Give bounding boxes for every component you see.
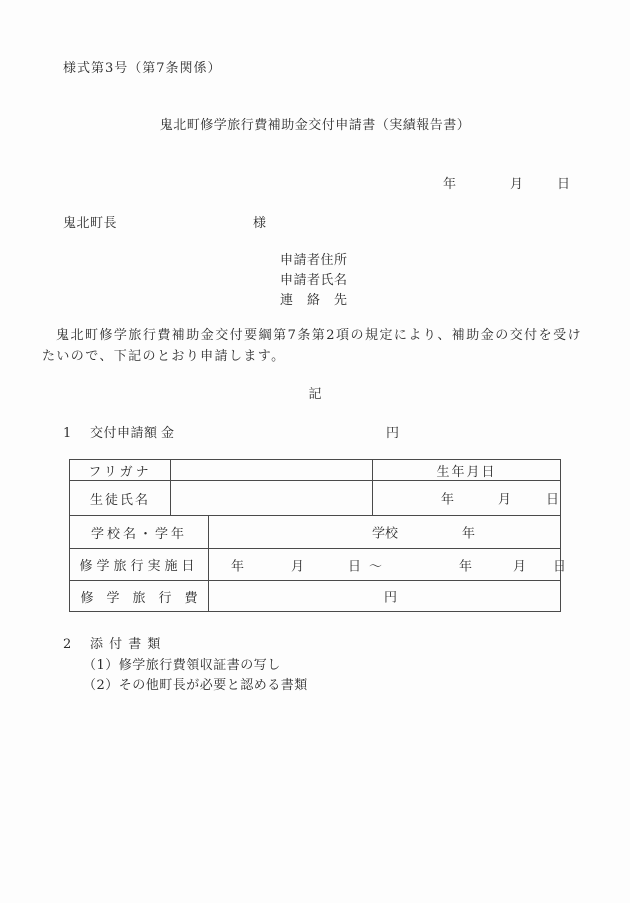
- school-input-cell: 学校 年: [209, 516, 561, 549]
- birth-day-label: 日: [546, 489, 559, 508]
- addressee-line: 鬼北町長 様: [0, 216, 630, 231]
- date-month-label: 月: [510, 177, 523, 192]
- furigana-label-cell: フリガナ: [70, 460, 171, 481]
- trip-date-label-cell: 修学旅行実施日: [70, 549, 209, 581]
- record-heading: 記: [0, 387, 630, 402]
- date-day-label: 日: [557, 177, 570, 192]
- furigana-input-cell: [171, 460, 373, 481]
- applicant-contact-label: 連 絡 先: [280, 293, 348, 308]
- attachment-item: （2）その他町長が必要と認める書類: [83, 678, 308, 693]
- item1-number: 1: [63, 426, 71, 441]
- birthdate-input-cell: 年 月 日: [373, 481, 561, 516]
- table-row-school: 学校名・学年 学校 年: [70, 516, 561, 549]
- trip-to-month-label: 月: [513, 555, 526, 574]
- student-name-input-cell: [171, 481, 373, 516]
- trip-to-day-label: 日: [553, 555, 566, 574]
- trip-to-year-label: 年: [459, 555, 472, 574]
- school-suffix-label: 学校: [372, 523, 398, 542]
- body-paragraph: 鬼北町修学旅行費補助金交付要綱第7条第2項の規定により、補助金の交付を受けたいの…: [42, 326, 582, 367]
- school-label-cell: 学校名・学年: [70, 516, 209, 549]
- trip-cost-label-cell: 修 学 旅 行 費: [70, 581, 209, 612]
- table-row-student-name: 生徒氏名 年 月 日: [70, 481, 561, 516]
- table-row-furigana: フリガナ 生年月日: [70, 460, 561, 481]
- birthdate-label-cell: 生年月日: [373, 460, 561, 481]
- applicant-name-label: 申請者氏名: [280, 273, 348, 288]
- table-row-trip-date: 修学旅行実施日 年 月 日 ～ 年 月 日: [70, 549, 561, 581]
- trip-from-day-label: 日: [348, 555, 361, 574]
- table-row-trip-cost: 修 学 旅 行 費 円: [70, 581, 561, 612]
- item1-label: 交付申請額: [90, 426, 158, 441]
- birth-month-label: 月: [498, 489, 511, 508]
- trip-from-year-label: 年: [231, 555, 244, 574]
- trip-cost-input-cell: 円: [209, 581, 561, 612]
- trip-date-input-cell: 年 月 日 ～ 年 月 日: [209, 549, 561, 581]
- trip-tilde: ～: [369, 555, 382, 574]
- date-line: 年 月 日: [0, 177, 630, 192]
- applicant-address-label: 申請者住所: [280, 253, 348, 268]
- application-table: フリガナ 生年月日 生徒氏名 年 月 日 学校名・学年 学校 年 修学旅行実施日…: [69, 459, 561, 612]
- item1-line: 1 交付申請額 金 円: [0, 426, 630, 441]
- document-page: 様式第3号（第7条関係） 鬼北町修学旅行費補助金交付申請書（実績報告書） 年 月…: [0, 0, 630, 903]
- form-number: 様式第3号（第7条関係）: [63, 61, 222, 76]
- item1-unit: 円: [386, 426, 399, 441]
- item1-currency-prefix: 金: [161, 426, 174, 441]
- item2-number: 2: [63, 637, 71, 652]
- student-name-label-cell: 生徒氏名: [70, 481, 171, 516]
- item2-line: 2 添 付 書 類: [0, 637, 630, 652]
- document-title: 鬼北町修学旅行費補助金交付申請書（実績報告書）: [0, 118, 630, 133]
- birth-year-label: 年: [441, 489, 454, 508]
- trip-cost-unit-label: 円: [384, 587, 397, 606]
- grade-suffix-label: 年: [462, 523, 475, 542]
- addressee-name: 鬼北町長: [63, 216, 117, 231]
- attachment-item: （1）修学旅行費領収証書の写し: [83, 658, 281, 673]
- item2-label: 添 付 書 類: [90, 637, 161, 652]
- addressee-honorific: 様: [253, 216, 266, 231]
- trip-from-month-label: 月: [291, 555, 304, 574]
- date-year-label: 年: [443, 177, 456, 192]
